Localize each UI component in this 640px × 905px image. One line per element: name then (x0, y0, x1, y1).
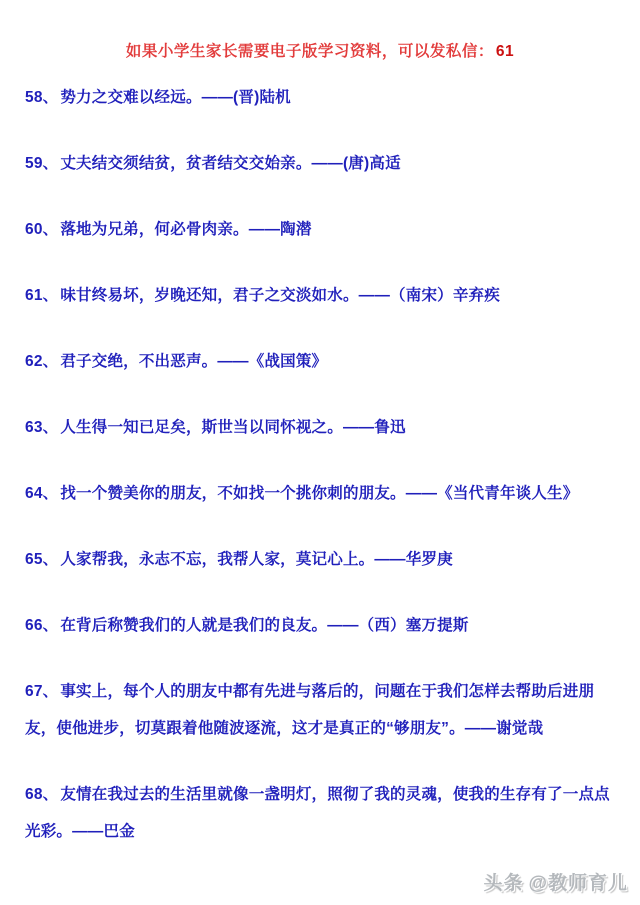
quote-text: 找一个赞美你的朋友，不如找一个挑你刺的朋友。——《当代青年谈人生》 (60, 485, 578, 502)
quote-list: 58、势力之交难以经远。——(晋)陆机 59、丈夫结交须结贫，贫者结交交始亲。—… (0, 62, 640, 850)
watermark-handle: @教师育儿 (528, 873, 628, 894)
header-notice-number: 61 (496, 43, 514, 60)
document-page: 如果小学生家长需要电子版学习资料，可以发私信：61 58、势力之交难以经远。——… (0, 0, 640, 905)
quote-number: 68、 (25, 786, 58, 803)
quote-item-66: 66、在背后称赞我们的人就是我们的良友。——（西）塞万提斯 (25, 607, 617, 644)
quote-number: 65、 (25, 551, 58, 568)
quote-number: 62、 (25, 353, 58, 370)
quote-text: 在背后称赞我们的人就是我们的良友。——（西）塞万提斯 (60, 617, 468, 634)
quote-text: 势力之交难以经远。——(晋)陆机 (60, 89, 291, 106)
quote-number: 63、 (25, 419, 58, 436)
quote-number: 64、 (25, 485, 58, 502)
quote-number: 61、 (25, 287, 58, 304)
quote-item-67: 67、事实上，每个人的朋友中都有先进与落后的，问题在于我们怎样去帮助后进朋友，使… (25, 673, 617, 747)
watermark-platform: 头条 (483, 873, 523, 894)
quote-number: 58、 (25, 89, 58, 106)
quote-text: 落地为兄弟，何必骨肉亲。——陶潜 (60, 221, 311, 238)
quote-item-61: 61、味甘终易坏，岁晚还知，君子之交淡如水。——（南宋）辛弃疾 (25, 277, 617, 314)
quote-number: 67、 (25, 683, 58, 700)
quote-item-64: 64、找一个赞美你的朋友，不如找一个挑你刺的朋友。——《当代青年谈人生》 (25, 475, 617, 512)
quote-text: 丈夫结交须结贫，贫者结交交始亲。——(唐)高适 (60, 155, 400, 172)
quote-text: 友情在我过去的生活里就像一盏明灯，照彻了我的灵魂，使我的生存有了一点点光彩。——… (25, 786, 610, 840)
header-notice-text: 如果小学生家长需要电子版学习资料，可以发私信： (126, 43, 494, 60)
quote-text: 人生得一知已足矣，斯世当以同怀视之。——鲁迅 (60, 419, 405, 436)
quote-text: 味甘终易坏，岁晚还知，君子之交淡如水。——（南宋）辛弃疾 (60, 287, 500, 304)
quote-text: 君子交绝，不出恶声。——《战国策》 (60, 353, 327, 370)
quote-item-59: 59、丈夫结交须结贫，贫者结交交始亲。——(唐)高适 (25, 145, 617, 182)
quote-text: 人家帮我，永志不忘，我帮人家，莫记心上。——华罗庚 (60, 551, 453, 568)
quote-number: 60、 (25, 221, 58, 238)
header-notice: 如果小学生家长需要电子版学习资料，可以发私信：61 (0, 42, 640, 62)
quote-item-63: 63、人生得一知已足矣，斯世当以同怀视之。——鲁迅 (25, 409, 617, 446)
quote-text: 事实上，每个人的朋友中都有先进与落后的，问题在于我们怎样去帮助后进朋友，使他进步… (25, 683, 594, 737)
watermark: 头条@教师育儿 (483, 868, 628, 895)
quote-number: 59、 (25, 155, 58, 172)
quote-number: 66、 (25, 617, 58, 634)
quote-item-68: 68、友情在我过去的生活里就像一盏明灯，照彻了我的灵魂，使我的生存有了一点点光彩… (25, 776, 617, 850)
quote-item-62: 62、君子交绝，不出恶声。——《战国策》 (25, 343, 617, 380)
quote-item-58: 58、势力之交难以经远。——(晋)陆机 (25, 79, 617, 116)
quote-item-65: 65、人家帮我，永志不忘，我帮人家，莫记心上。——华罗庚 (25, 541, 617, 578)
quote-item-60: 60、落地为兄弟，何必骨肉亲。——陶潜 (25, 211, 617, 248)
